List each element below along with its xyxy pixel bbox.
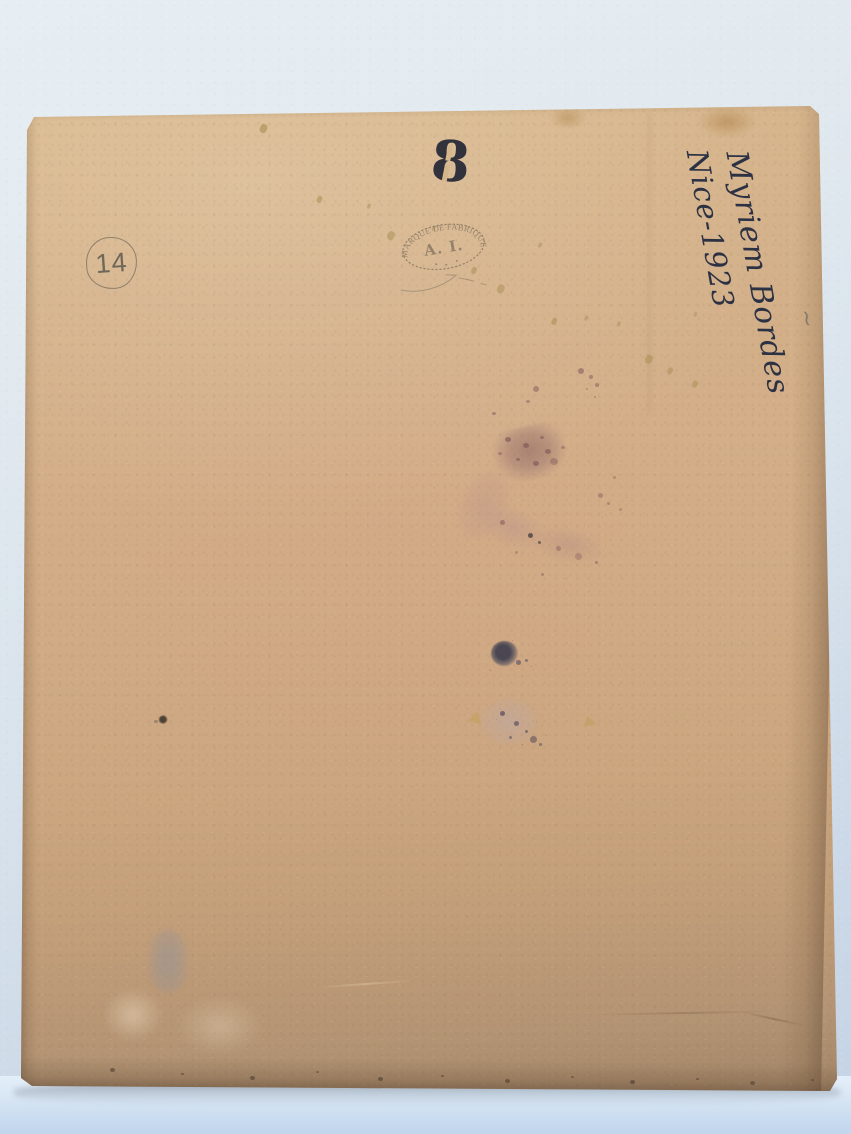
stain-gray-smudge (145, 930, 191, 992)
photo-cardboard-panel-back: 8 MARQUE DE FABRIQUE A. I. 14 (0, 0, 851, 1134)
stain-purple-dots-upper (578, 368, 584, 374)
stain-arc-specks (500, 520, 505, 525)
stain-dots-right (598, 493, 603, 498)
stain-dark-blue-specks (516, 660, 521, 665)
scratch-mark (318, 980, 414, 989)
stain-dark-blue-blob (491, 641, 518, 666)
factory-stamp-initials: A. I. (422, 236, 465, 260)
stamp-flourish (400, 269, 486, 298)
handwritten-inscription: Myriem Bordes Nice-1923 (681, 148, 798, 417)
stain-dark-dot-left (158, 715, 168, 724)
stain-white-patch-small (103, 988, 163, 1042)
stain-brown-top-right (698, 107, 756, 137)
stain-lavender-cluster (480, 698, 538, 746)
bottom-edge-specks (110, 1068, 115, 1072)
circled-inventory-number: 14 (84, 235, 139, 290)
inventory-number-text: 14 (94, 246, 128, 279)
stain-tan-fleck-right (581, 713, 597, 727)
stain-pink-arc-right (525, 518, 611, 572)
stain-brown-top-center (550, 107, 586, 129)
stain-lavender-specks (500, 711, 505, 716)
stain-olive-specks (258, 123, 268, 134)
cardboard-panel: 8 MARQUE DE FABRIQUE A. I. 14 (0, 0, 851, 1134)
panel-crease-line (648, 114, 651, 414)
factory-stamp: MARQUE DE FABRIQUE A. I. (387, 208, 512, 316)
number-eight-stamp: 8 (429, 133, 473, 194)
number-eight-glyph: 8 (429, 128, 472, 197)
stain-purple-specks (505, 437, 511, 442)
stain-white-patch-large (176, 996, 264, 1056)
